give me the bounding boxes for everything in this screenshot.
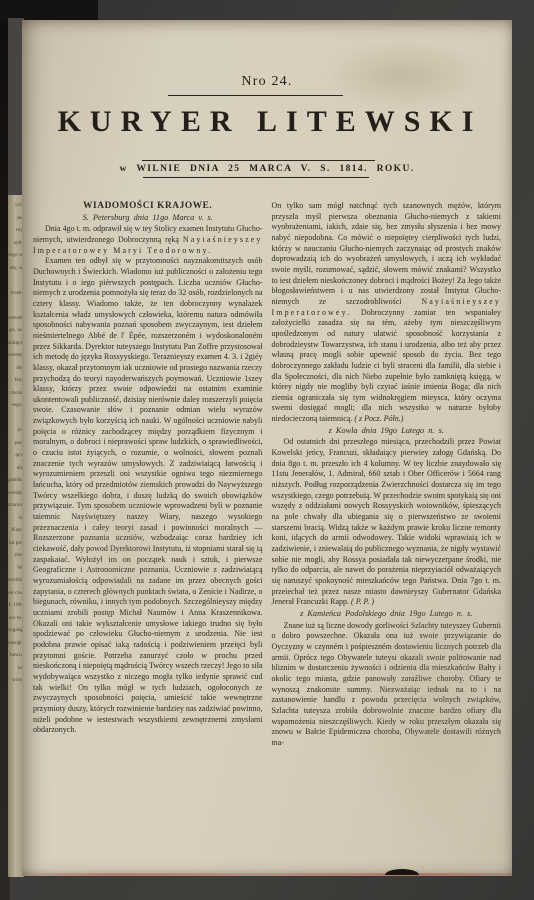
section-heading-domestic-news: WIADOMOŚCI KRAJOWE. <box>33 201 263 212</box>
page-bottom-red-edge <box>22 873 512 876</box>
issue-number: Nro 24. <box>22 74 512 90</box>
masthead-rule-top <box>168 95 343 96</box>
paragraph-examen-report: Examen ten odbył się w przytomności nayz… <box>33 256 263 736</box>
paragraph-kamieniec: Znane iuż są liczne dowody gorliwości Sz… <box>272 621 502 749</box>
continuation-text-a: On tylko sam mógł natchnąć tych szanowny… <box>272 201 502 306</box>
right-column: On tylko sam mógł natchnąć tych szanowny… <box>272 201 502 748</box>
dateline-rule-bottom <box>143 177 369 178</box>
source-credit-pocz-poln: ( z Pocz. Półn.) <box>354 414 403 423</box>
masthead-dateline: w WILNIE DNIA 25 MARCA V. S. 1814. ROKU. <box>22 164 512 174</box>
dateline-petersburg: S. Petersburg dnia 11go Marca v. s. <box>33 213 263 224</box>
masthead: Nro 24. KURYER LITEWSKI w WILNIE DNIA 25… <box>22 74 512 178</box>
paragraph-petersburg-intro: Dnia 4go t. m. odprawił się w tey Stolic… <box>33 224 263 256</box>
left-column: WIADOMOŚCI KRAJOWE. S. Petersburg dnia 1… <box>33 201 263 748</box>
adjacent-page-text-fragments: ych ła- rzy syło tego w ały, w iroski i … <box>8 199 23 687</box>
kowel-text: Od ostatnich dni przeszłego miesiąca, pr… <box>272 437 502 606</box>
dateline-kowel: z Kowla dnia 19go Lutego n. s. <box>272 426 502 437</box>
source-credit-pp: ( P. P. ) <box>351 597 374 606</box>
paragraph-kowel: Od ostatnich dni przeszłego miesiąca, pr… <box>272 437 502 608</box>
paragraph-continuation: On tylko sam mógł natchnąć tych szanowny… <box>272 201 502 425</box>
article-columns: WIADOMOŚCI KRAJOWE. S. Petersburg dnia 1… <box>22 201 512 748</box>
continuation-text-b: Dobroczynny zamiar ten wspaniałey założy… <box>272 308 502 424</box>
dateline-rule-top <box>142 160 375 161</box>
page-bottom-notch <box>385 869 419 875</box>
newspaper-title: KURYER LITEWSKI <box>22 105 512 139</box>
dateline-kamieniec: z Kamieńca Podolskiego dnia 19go Lutego … <box>272 609 502 620</box>
newspaper-page: Nro 24. KURYER LITEWSKI w WILNIE DNIA 25… <box>22 20 512 876</box>
